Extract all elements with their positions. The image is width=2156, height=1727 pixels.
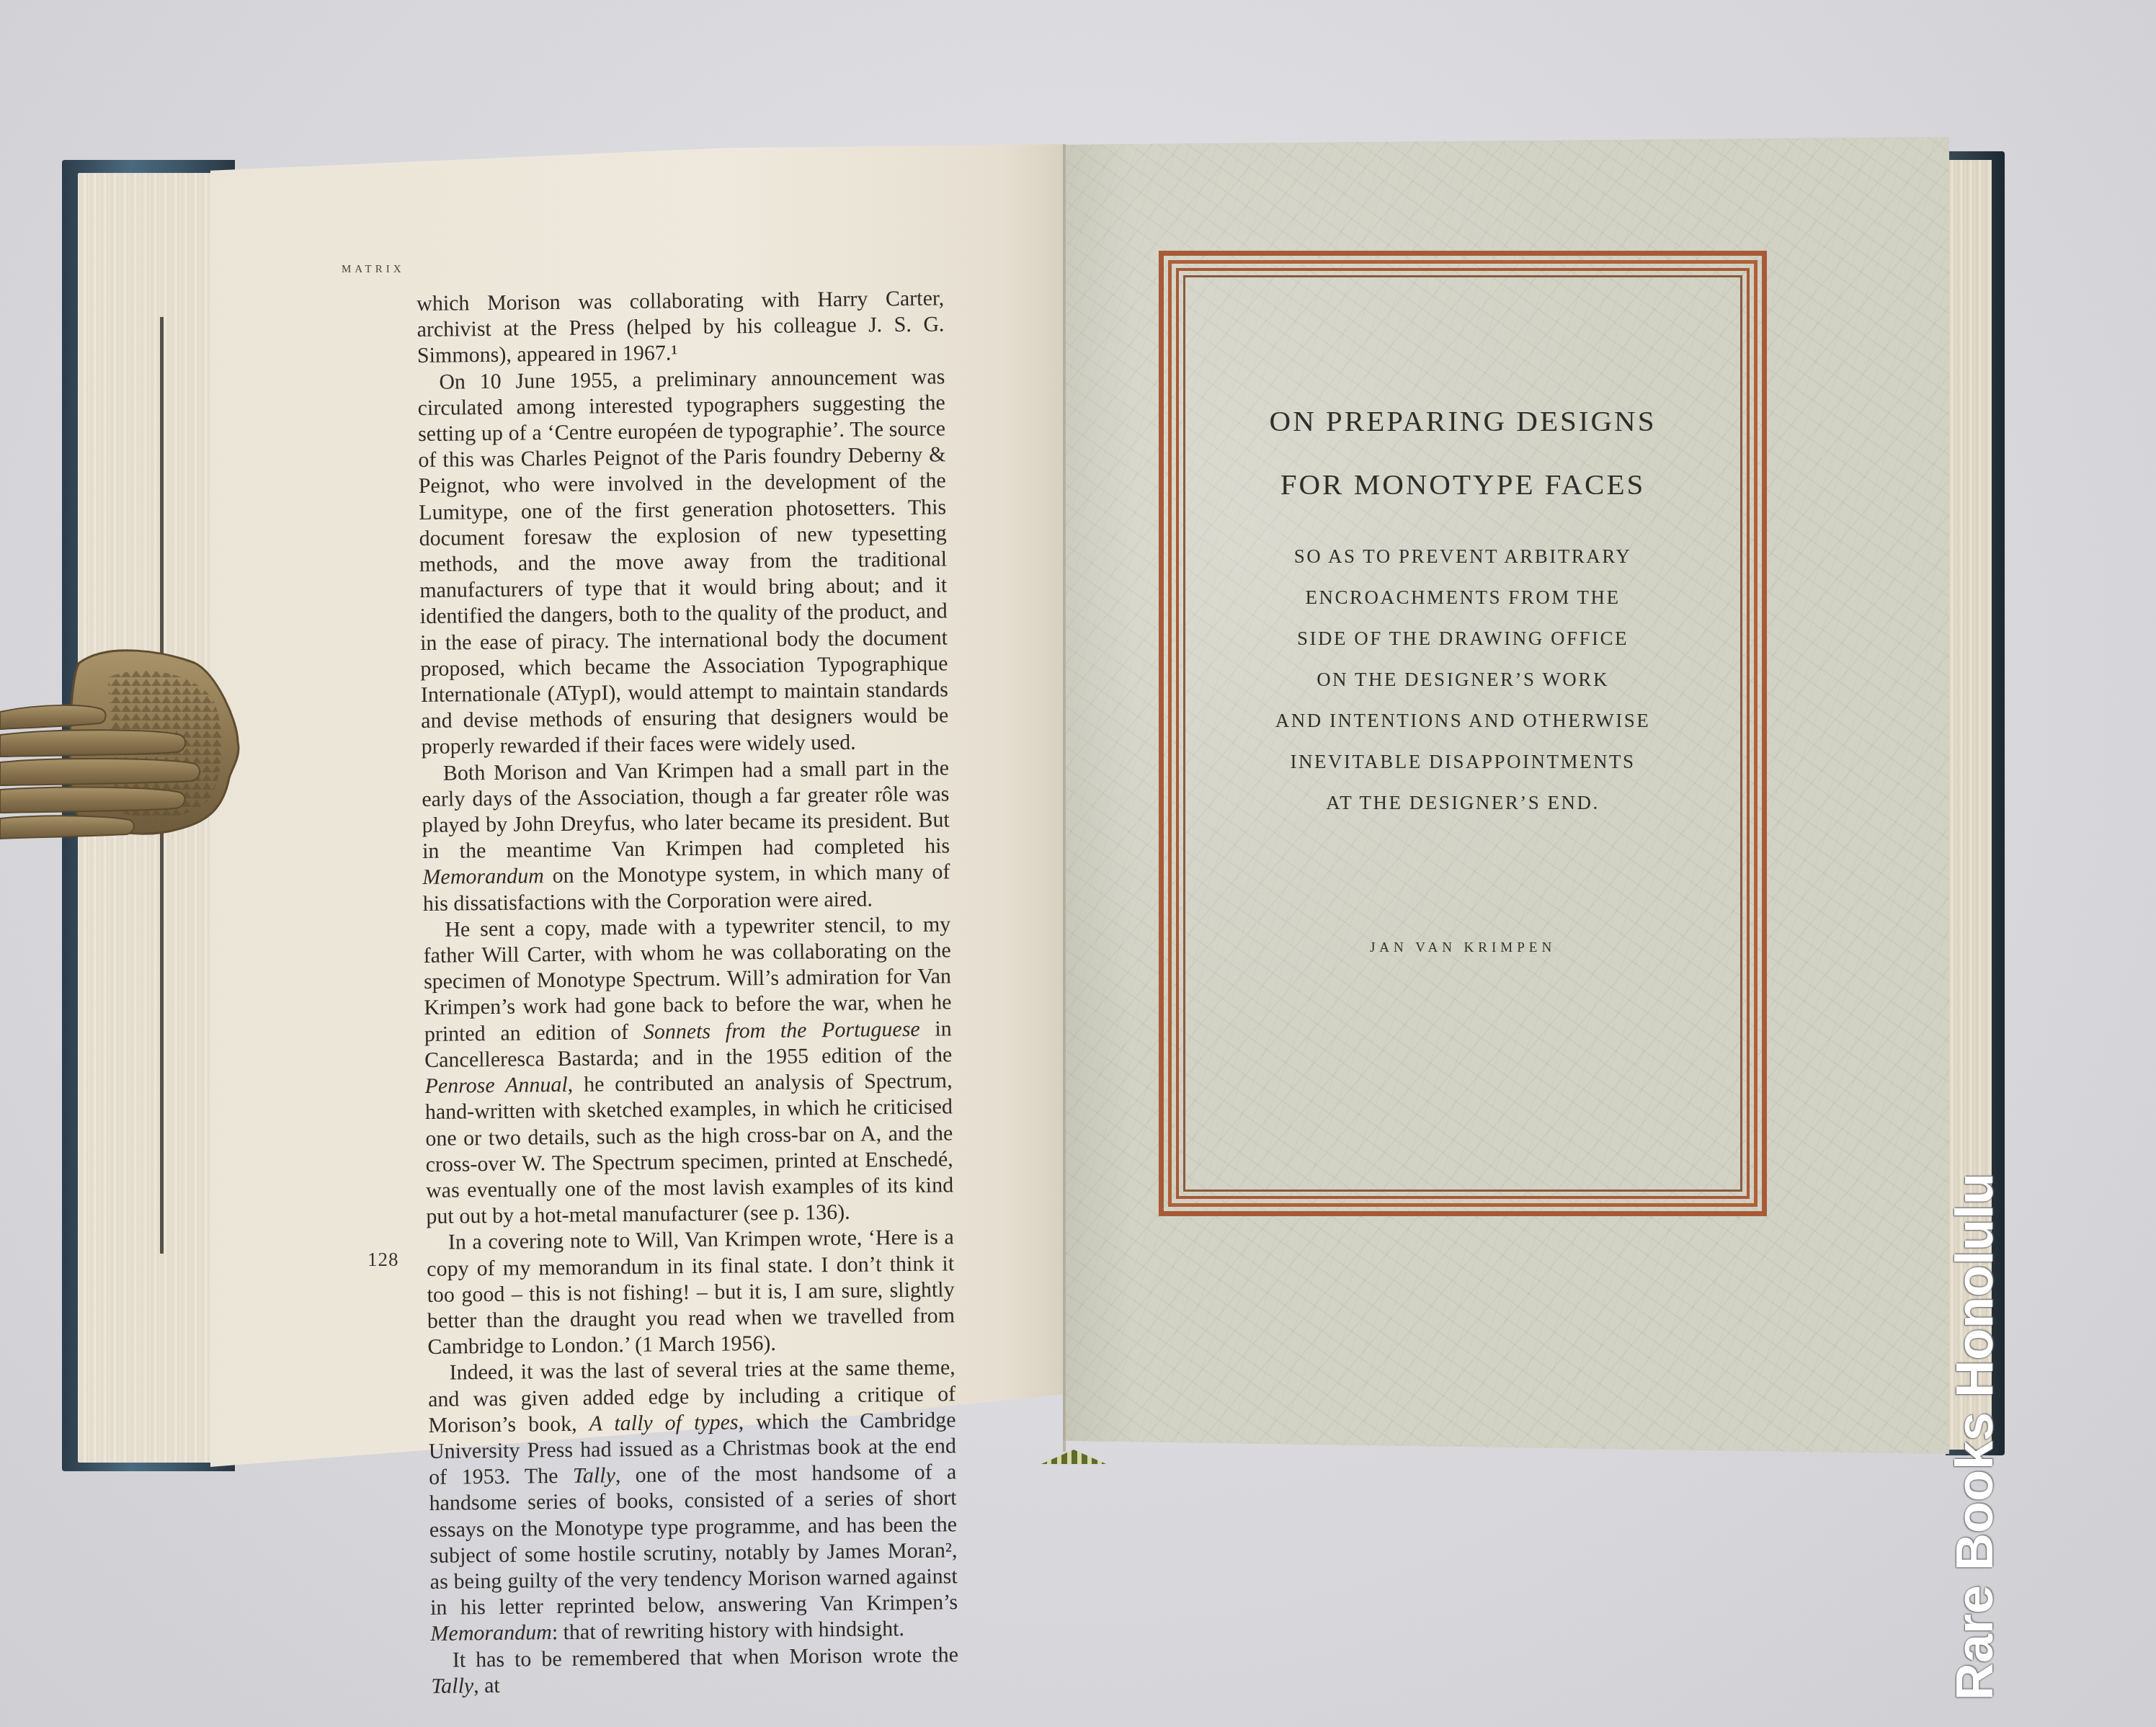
italic-title: Sonnets from the Portuguese (643, 1017, 920, 1043)
italic-title: Memorandum (430, 1620, 552, 1646)
paragraph: Both Morison and Van Krimpen had a small… (422, 755, 950, 917)
subtitle-line: SO AS TO PREVENT ARBITRARY (1159, 545, 1767, 568)
italic-title: A tally of types (589, 1410, 738, 1435)
italic-title: Tally (573, 1463, 615, 1488)
paragraph: In a covering note to Will, Van Krimpen … (427, 1225, 955, 1361)
subtitle-line: AND INTENTIONS AND OTHERWISE (1159, 710, 1767, 732)
paragraph: On 10 June 1955, a preliminary announcem… (417, 364, 949, 761)
paragraph: He sent a copy, made with a typewriter s… (423, 911, 954, 1230)
page-fold (1063, 144, 1066, 1452)
brass-hand-page-holder-icon (0, 634, 245, 843)
italic-title: Penrose Annual (424, 1073, 567, 1098)
subtitle-line: AT THE DESIGNER’S END. (1159, 792, 1767, 814)
italic-title: Tally (431, 1674, 473, 1698)
paragraph: It has to be remembered that when Moriso… (431, 1642, 959, 1700)
author-name: JAN VAN KRIMPEN (1159, 940, 1767, 956)
watermark: Rare Books Honolulu (1946, 1173, 2005, 1700)
page-number: 128 (367, 1249, 399, 1271)
title-line-1: ON PREPARING DESIGNS (1159, 403, 1767, 438)
spine-headband-bottom (1041, 1450, 1106, 1464)
paragraph: which Morison was collaborating with Har… (416, 285, 945, 369)
subtitle-line: ON THE DESIGNER’S WORK (1159, 669, 1767, 691)
running-head: MATRIX (342, 264, 405, 276)
subtitle-line: ENCROACHMENTS FROM THE (1159, 586, 1767, 609)
subtitle-line: INEVITABLE DISAPPOINTMENTS (1159, 751, 1767, 773)
left-page-body-text: which Morison was collaborating with Har… (416, 285, 958, 1700)
subtitle-line: SIDE OF THE DRAWING OFFICE (1159, 628, 1767, 650)
decorative-border-frame (1159, 251, 1767, 1216)
title-line-2: FOR MONOTYPE FACES (1159, 467, 1767, 501)
paragraph: Indeed, it was the last of several tries… (428, 1355, 958, 1648)
italic-title: Memorandum (422, 865, 544, 890)
